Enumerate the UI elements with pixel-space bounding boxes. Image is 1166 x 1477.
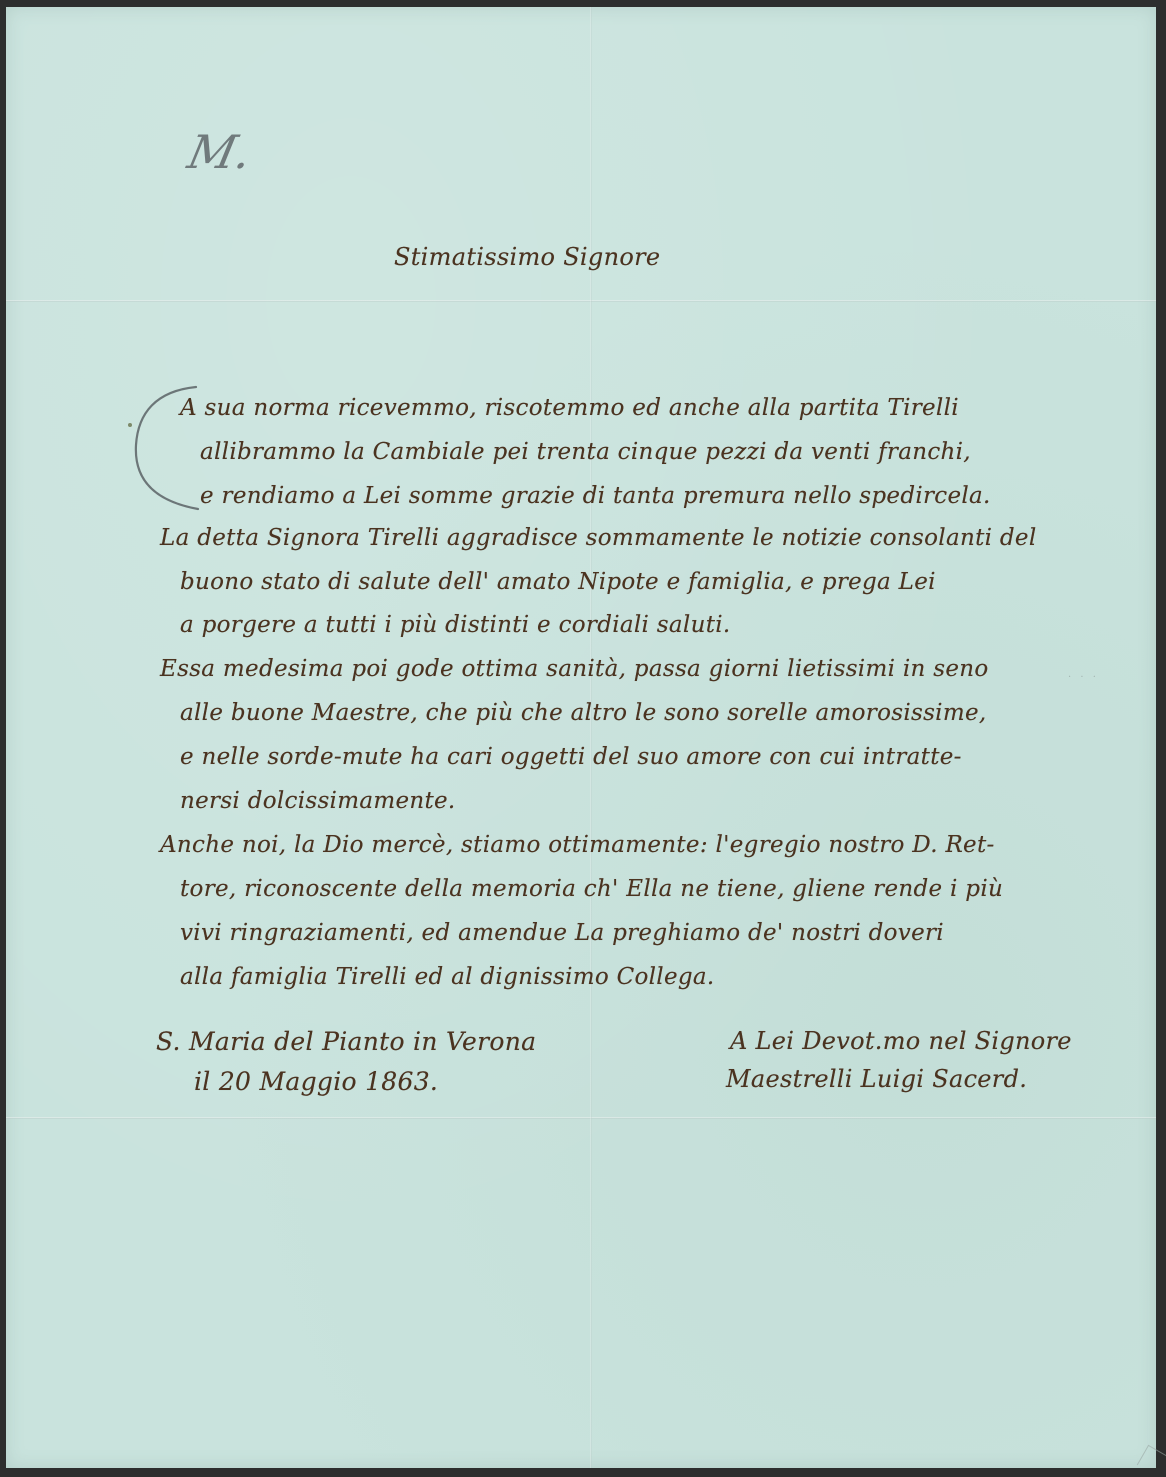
letter-place: S. Maria del Pianto in Verona (156, 1027, 536, 1056)
body-line-6: a porgere a tutti i più distinti e cordi… (180, 612, 731, 638)
body-line-10: nersi dolcissimamente. (180, 788, 456, 814)
fold-line-top (6, 300, 1156, 302)
body-line-1: A sua norma ricevemmo, riscotemmo ed anc… (180, 395, 959, 421)
letter-page: M. Stimatissimo Signore A sua norma rice… (6, 7, 1156, 1468)
body-line-12: tore, riconoscente della memoria ch' Ell… (180, 876, 1003, 902)
body-line-3: e rendiamo a Lei somme grazie di tanta p… (200, 483, 991, 509)
body-line-13: vivi ringraziamenti, ed amendue La pregh… (180, 920, 944, 946)
body-line-5: buono stato di salute dell' amato Nipote… (180, 569, 936, 595)
body-line-9: e nelle sorde-mute ha cari oggetti del s… (180, 744, 962, 770)
body-line-4: La detta Signora Tirelli aggradisce somm… (160, 525, 1036, 551)
letter-date: il 20 Maggio 1863. (194, 1067, 438, 1096)
body-line-11: Anche noi, la Dio mercè, stiamo ottimame… (160, 832, 995, 858)
letter-signature: Maestrelli Luigi Sacerd. (726, 1065, 1027, 1093)
letter-closing: A Lei Devot.mo nel Signore (730, 1027, 1072, 1055)
fold-line-vertical (590, 7, 592, 1468)
paper-stain: · · · (1068, 672, 1128, 684)
body-line-7: Essa medesima poi gode ottima sanità, pa… (160, 656, 988, 682)
body-line-8: alle buone Maestre, che più che altro le… (180, 700, 986, 726)
body-line-14: alla famiglia Tirelli ed al dignissimo C… (180, 964, 715, 990)
letter-salutation: Stimatissimo Signore (394, 243, 660, 271)
body-line-2: allibrammo la Cambiale pei trenta cinque… (200, 439, 971, 465)
pencil-annotation-mark: M. (183, 125, 256, 179)
fold-line-bottom (6, 1117, 1156, 1119)
